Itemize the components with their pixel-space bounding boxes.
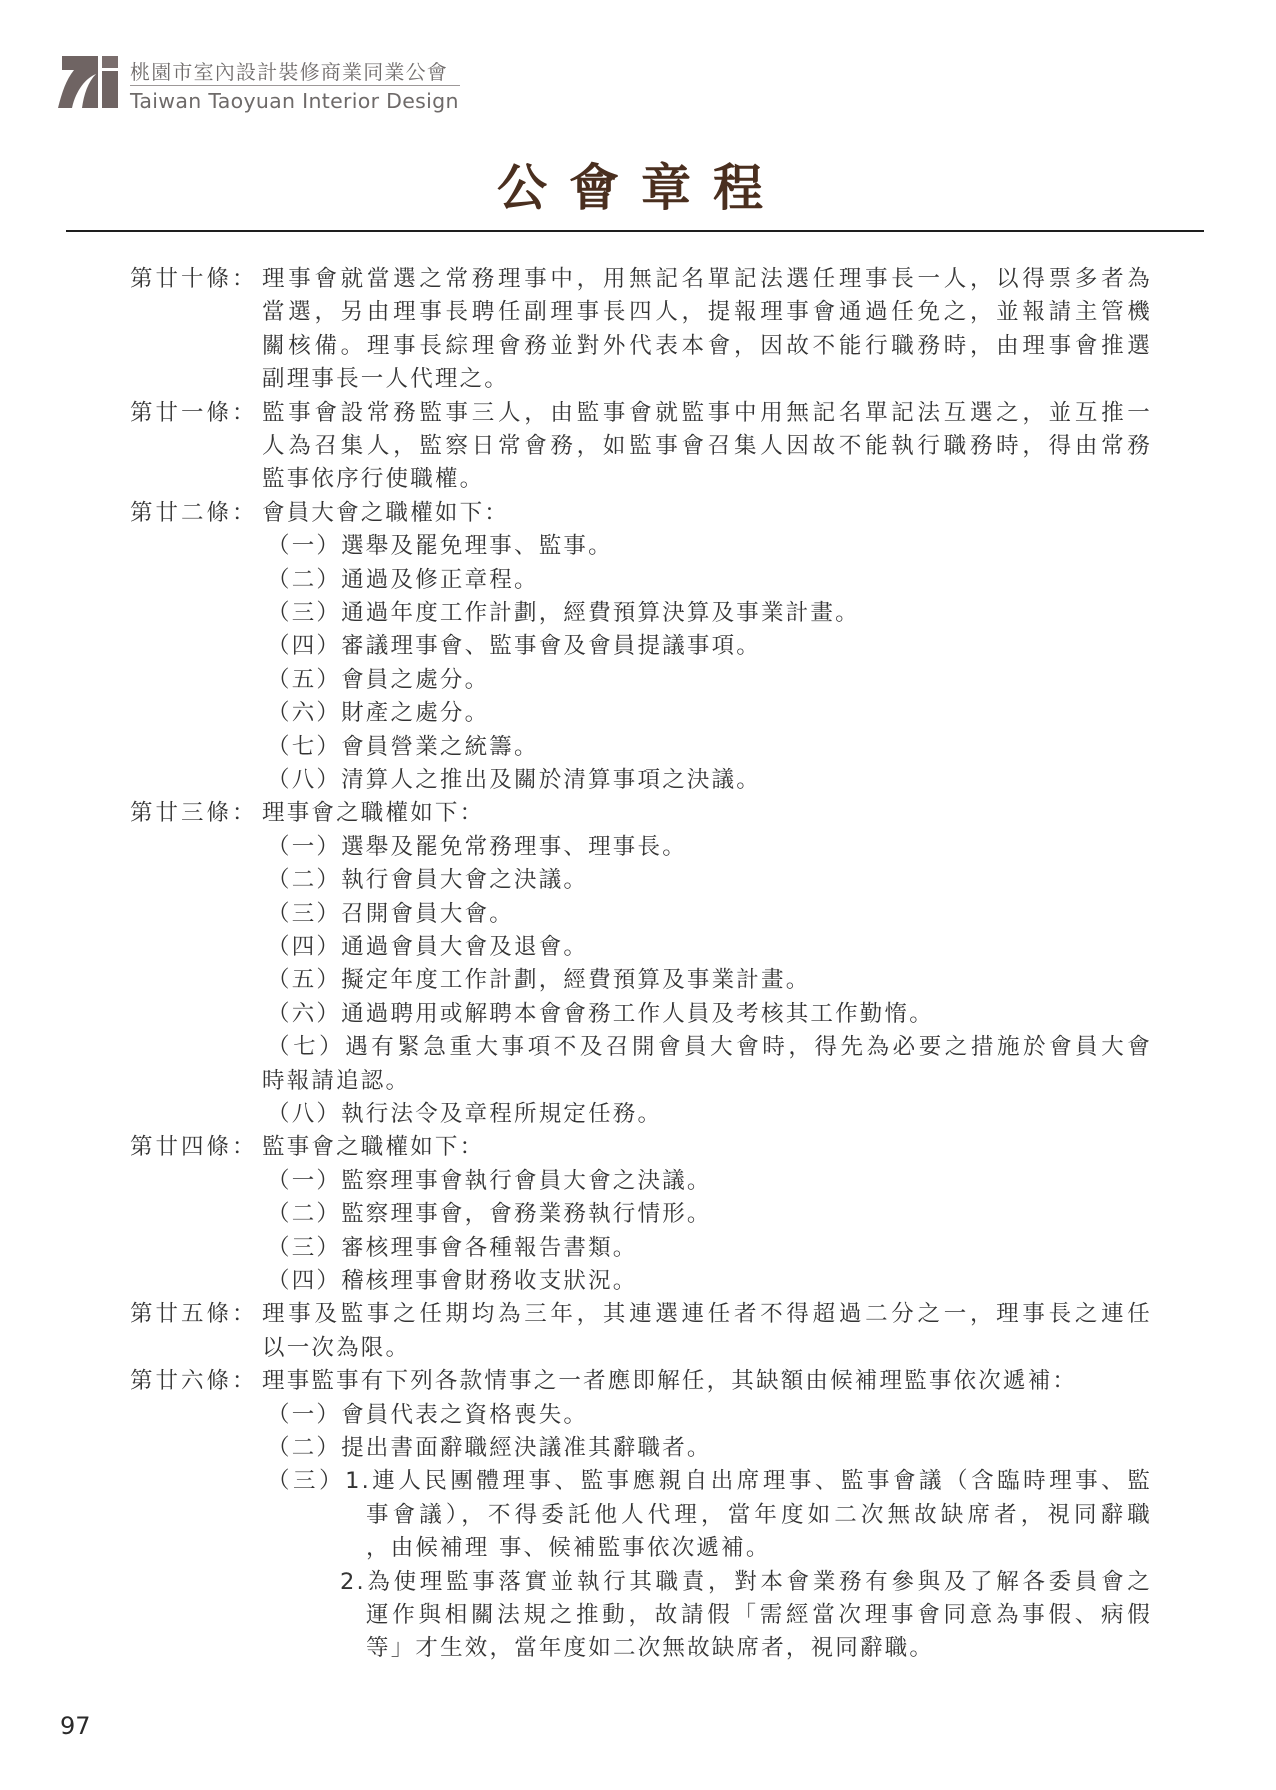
title-rule [66, 230, 1204, 232]
tti-logo-icon [58, 54, 120, 110]
list-item: （二）監察理事會，會務業務執行情形。 [267, 1197, 712, 1231]
list-item: （二）執行會員大會之決議。 [267, 863, 588, 897]
list-item: （一）會員代表之資格喪失。 [267, 1398, 588, 1432]
header-divider [130, 85, 460, 86]
article-text: 理事會就當選之常務理事中，用無記名單記法選任理事長一人，以得票多者為 [262, 262, 1152, 296]
list-item: （五）擬定年度工作計劃，經費預算及事業計畫。 [267, 963, 810, 997]
org-name-chinese: 桃園市室內設計裝修商業同業公會 [130, 56, 448, 85]
list-item: （七）遇有緊急重大事項不及召開會員大會時，得先為必要之措施於會員大會 [267, 1030, 1152, 1064]
article-label: 第廿三條： [130, 796, 258, 830]
article-text: 理事監事有下列各款情事之一者應即解任，其缺額由候補理監事依次遞補： [262, 1364, 1077, 1398]
page-title: 公會章程 [0, 148, 1276, 220]
article-text: 監事會設常務監事三人，由監事會就監事中用無記名單記法互選之，並互推一 [262, 396, 1152, 430]
sub-item-continuation: 運作與相關法規之推動，故請假「需經當次理事會同意為事假、病假 [366, 1598, 1152, 1632]
list-item: （一）監察理事會執行會員大會之決議。 [267, 1164, 712, 1198]
article-text: 關核備。理事長綜理會務並對外代表本會，因故不能行職務時，由理事會推選 [262, 329, 1152, 363]
list-item-continuation: 時報請追認。 [262, 1064, 410, 1098]
list-item: （二）通過及修正章程。 [267, 563, 539, 597]
list-item: （三）1.連人民團體理事、監事應親自出席理事、監事會議（含臨時理事、監 [267, 1464, 1152, 1498]
list-item: （七）會員營業之統籌。 [267, 730, 539, 764]
article-text: 人為召集人，監察日常會務，如監事會召集人因故不能執行職務時，得由常務 [262, 429, 1152, 463]
sub-item: 2.為使理監事落實並執行其職責，對本會業務有參與及了解各委員會之 [340, 1565, 1152, 1599]
list-item: （四）通過會員大會及退會。 [267, 930, 588, 964]
article-label: 第廿五條： [130, 1297, 258, 1331]
article-label: 第廿四條： [130, 1130, 258, 1164]
list-item: （六）通過聘用或解聘本會會務工作人員及考核其工作勤惰。 [267, 997, 934, 1031]
article-text: 監事會之職權如下： [262, 1130, 484, 1164]
article-label: 第廿六條： [130, 1364, 258, 1398]
org-name-english: Taiwan Taoyuan Interior Design [130, 89, 459, 113]
sub-item-continuation: ，由候補理 事、候補監事依次遞補。 [366, 1531, 771, 1565]
list-item: （三）召開會員大會。 [267, 897, 514, 931]
list-item: （二）提出書面辭職經決議准其辭職者。 [267, 1431, 712, 1465]
article-text: 監事依序行使職權。 [262, 462, 484, 496]
list-item: （一）選舉及罷免常務理事、理事長。 [267, 830, 687, 864]
article-text: 副理事長一人代理之。 [262, 362, 509, 396]
list-item: （八）清算人之推出及關於清算事項之決議。 [267, 763, 761, 797]
list-item: （八）執行法令及章程所規定任務。 [267, 1097, 662, 1131]
list-item: （三）通過年度工作計劃，經費預算決算及事業計畫。 [267, 596, 860, 630]
article-text: 會員大會之職權如下： [262, 496, 509, 530]
sub-item-continuation: 事會議），不得委託他人代理，當年度如二次無故缺席者，視同辭職 [366, 1498, 1152, 1532]
page-number: 97 [60, 1712, 91, 1740]
article-text: 以一次為限。 [262, 1331, 410, 1365]
list-item: （四）審議理事會、監事會及會員提議事項。 [267, 629, 761, 663]
list-item: （六）財產之處分。 [267, 696, 489, 730]
article-label: 第廿十條： [130, 262, 258, 296]
sub-item-continuation: 等」才生效，當年度如二次無故缺席者，視同辭職。 [366, 1631, 934, 1665]
article-label: 第廿二條： [130, 496, 258, 530]
article-text: 理事及監事之任期均為三年，其連選連任者不得超過二分之一，理事長之連任 [262, 1297, 1152, 1331]
article-label: 第廿一條： [130, 396, 258, 430]
list-item: （三）審核理事會各種報告書類。 [267, 1231, 638, 1265]
list-item: （四）稽核理事會財務收支狀況。 [267, 1264, 638, 1298]
article-text: 當選，另由理事長聘任副理事長四人，提報理事會通過任免之，並報請主管機 [262, 295, 1152, 329]
list-item: （五）會員之處分。 [267, 663, 489, 697]
article-text: 理事會之職權如下： [262, 796, 484, 830]
list-item: （一）選舉及罷免理事、監事。 [267, 529, 613, 563]
